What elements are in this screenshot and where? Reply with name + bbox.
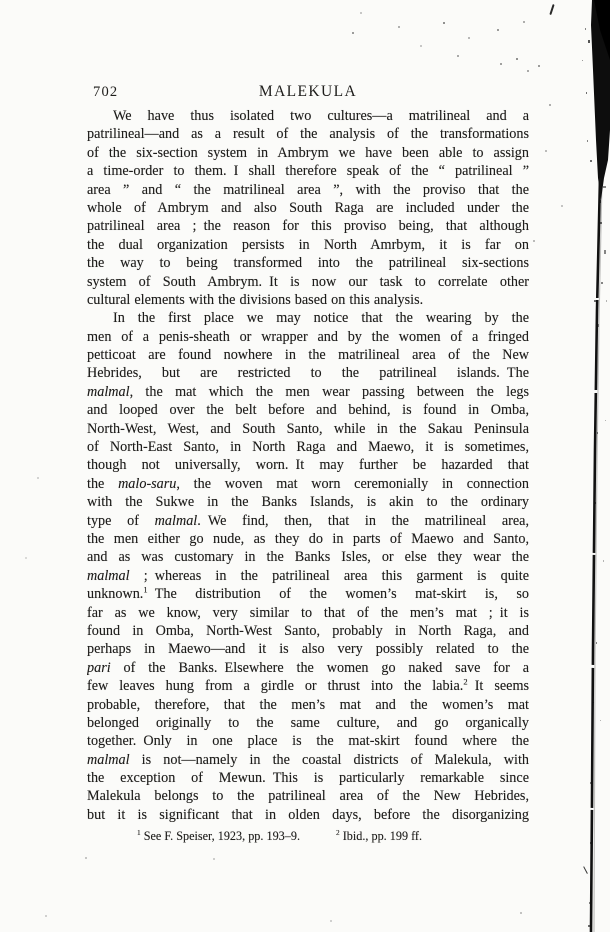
footnote: 1 See F. Speiser, 1923, pp. 193–9. [137,829,300,844]
text-line: but it is significant that in olden days… [87,806,529,824]
text-line: of North-East Santo, in North Raga and M… [87,438,529,456]
scan-noise-speckles [0,0,2,2]
text-line: patrilineal—and as a result of the analy… [87,125,529,143]
text-line: We have thus isolated two cultures—a mat… [87,107,529,125]
scan-artifact-stroke [549,4,554,15]
text-line: North-West, West, and South Santo, while… [87,420,529,438]
scan-edge-artifact [570,0,610,932]
scanned-book-page: 702 MALEKULA We have thus isolated two c… [0,0,610,932]
text-line: the men either go nude, as they do in pa… [87,530,529,548]
text-line: and as was customary in the Banks Isles,… [87,548,529,566]
text-line: belonged originally to the same culture,… [87,714,529,732]
footnote-marker: 2 [336,828,340,837]
text-line: far as we know, very similar to that of … [87,604,529,622]
text-line: probable, therefore, that the men’s mat … [87,696,529,714]
text-line: perhaps in Maewo—and it is also very pos… [87,640,529,658]
text-line: system of South Ambrym. It is now our ta… [87,273,529,291]
text-line: of the six-section system in Ambrym we h… [87,144,529,162]
text-line: Hebrides, but are restricted to the patr… [87,364,529,382]
footnote-reference: 1 [143,585,147,594]
text-line: In the first place we may notice that th… [87,309,529,327]
text-line: the way to being transformed into the pa… [87,254,529,272]
text-line: cultural elements with the divisions bas… [87,291,529,309]
text-line: and looped over the belt before and behi… [87,401,529,419]
text-line: a time-order to them. I shall therefore … [87,162,529,180]
italic-term: malmal [155,513,198,529]
text-line: the dual organization persists in North … [87,236,529,254]
text-line: few leaves hung from a girdle or thrust … [87,677,529,695]
text-line: Malekula belongs to the patrilineal area… [87,787,529,805]
text-line: pari of the Banks. Elsewhere the women g… [87,659,529,677]
text-line: petticoat are found nowhere in the matri… [87,346,529,364]
text-line: together. Only in one place is the mat-s… [87,732,529,750]
text-block: We have thus isolated two cultures—a mat… [87,107,529,824]
footnote: 2 Ibid., pp. 199 ff. [336,829,422,844]
text-line: malmal ; whereas in the patrilineal area… [87,567,529,585]
footnote-marker: 1 [137,828,141,837]
footnote-reference: 2 [463,677,467,686]
italic-term: malmal [87,568,130,584]
italic-term: malmal [87,384,130,400]
text-line: the malo-saru, the woven mat worn ceremo… [87,475,529,493]
italic-term: pari [87,660,111,676]
text-line: with the Sukwe in the Banks Islands, is … [87,493,529,511]
text-line: whole of Ambrym and also South Raga are … [87,199,529,217]
page-number: 702 [93,84,118,101]
text-line: malmal, the mat which the men wear passi… [87,383,529,401]
text-line: unknown.1 The distribution of the women’… [87,585,529,603]
text-line: area ” and “ the matrilineal area ”, wit… [87,181,529,199]
text-line: found in Omba, North-West Santo, probabl… [87,622,529,640]
italic-term: malo-saru [118,476,176,492]
running-header: 702 MALEKULA [87,83,529,101]
text-line: though not universally, worn. It may fur… [87,456,529,474]
text-line: the exception of Mewun. This is particul… [87,769,529,787]
text-line: type of malmal. We find, then, that in t… [87,512,529,530]
italic-term: malmal [87,752,130,768]
text-line: patrilineal area ; the reason for this p… [87,217,529,235]
text-line: men of a penis-sheath or wrapper and by … [87,328,529,346]
footnote-row: 1 See F. Speiser, 1923, pp. 193–9.2 Ibid… [137,829,529,844]
text-line: malmal is not—namely in the coastal dist… [87,751,529,769]
running-title: MALEKULA [87,83,529,101]
